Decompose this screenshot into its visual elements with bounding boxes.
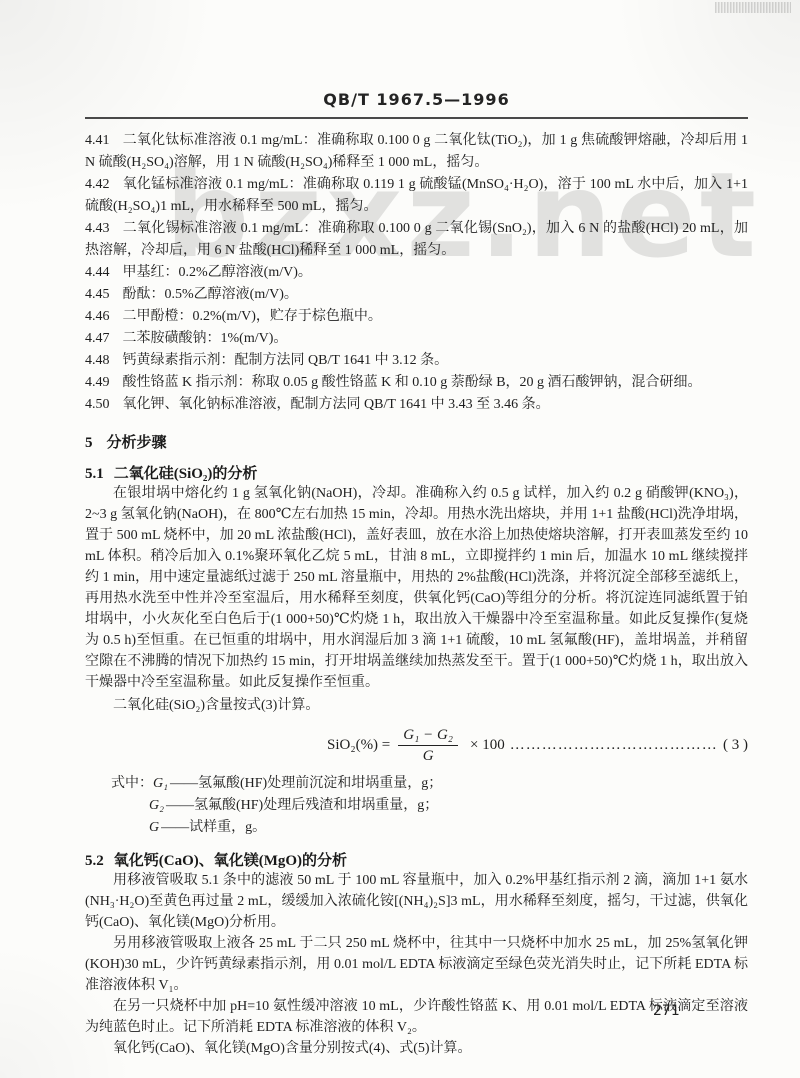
term-description: ——氢氟酸(HF)处理前沉淀和坩埚重量，g； [170,776,442,791]
section-5-heading: 5分析步骤 [85,431,748,452]
item-number: 4.42 [85,177,123,192]
silica-analysis-paragraph: 在银坩埚中熔化约 1 g 氢氧化钠(NaOH)，冷却。准确称入约 0.5 g 试… [85,483,748,693]
reagent-item: 4.46二甲酚橙：0.2%(m/V)，贮存于棕色瓶中。 [85,306,748,328]
item-text: 酸性铬蓝 K 指示剂：称取 0.05 g 酸性铬蓝 K 和 0.10 g 萘酚绿… [123,375,702,390]
reagent-item: 4.42氧化锰标准溶液 0.1 mg/mL：准确称取 0.119 1 g 硫酸锰… [85,174,748,218]
reagent-item: 4.50氧化钾、氧化钠标准溶液，配制方法同 QB/T 1641 中 3.43 至… [85,394,748,416]
where-clause: 式中：G₁——氢氟酸(HF)处理前沉淀和坩埚重量，g； G₂——氢氟酸(HF)处… [85,773,748,839]
reagent-item: 4.44甲基红：0.2%乙醇溶液(m/V)。 [85,262,748,284]
cao-mgo-paragraph-1: 用移液管吸取 5.1 条中的滤液 50 mL 于 100 mL 容量瓶中，加入 … [85,870,748,933]
scanned-standard-page: bzxz.net QB/T 1967.5—1996 4.41二氧化钛标准溶液 0… [0,0,800,1078]
equation-number: ( 3 ) [723,737,748,754]
silica-formula-intro: 二氧化硅(SiO₂)含量按式(3)计算。 [85,695,748,716]
cao-mgo-paragraph-2: 另用移液管吸取上液各 25 mL 于二只 250 mL 烧杯中，往其中一只烧杯中… [85,933,748,996]
equation-3: SiO₂(%) = G₁ − G₂ G × 100 ……………………………………… [85,726,748,765]
cao-mgo-paragraph-4: 氧化钙(CaO)、氧化镁(MgO)含量分别按式(4)、式(5)计算。 [85,1038,748,1059]
item-number: 4.50 [85,397,123,412]
item-number: 4.45 [85,287,123,302]
fraction-numerator: G₁ − G₂ [398,726,458,746]
item-number: 4.44 [85,265,123,280]
item-number: 4.46 [85,309,123,324]
reagent-item: 4.43二氧化锡标准溶液 0.1 mg/mL：准确称取 0.100 0 g 二氧… [85,218,748,262]
reagent-list: 4.41二氧化钛标准溶液 0.1 mg/mL：准确称取 0.100 0 g 二氧… [85,130,748,416]
item-number: 4.43 [85,221,123,236]
equation-dot-leader: ……………………………………………………………… [510,737,718,754]
term-description: ——试样重，g。 [161,820,266,835]
reagent-item: 4.48钙黄绿素指示剂：配制方法同 QB/T 1641 中 3.12 条。 [85,350,748,372]
where-term: 式中：G₁——氢氟酸(HF)处理前沉淀和坩埚重量，g； [85,773,748,795]
item-number: 4.48 [85,353,123,368]
term-symbol: G [149,820,161,835]
header-rule [85,117,748,119]
item-text: 二氧化钛标准溶液 0.1 mg/mL：准确称取 0.100 0 g 二氧化钛(T… [85,133,748,170]
item-text: 二甲酚橙：0.2%(m/V)，贮存于棕色瓶中。 [123,309,382,324]
where-term: G₂——氢氟酸(HF)处理后残渣和坩埚重量，g； [85,795,748,817]
subsection-number: 5.2 [85,853,114,869]
item-text: 钙黄绿素指示剂：配制方法同 QB/T 1641 中 3.12 条。 [123,353,449,368]
cao-mgo-paragraph-3: 在另一只烧杯中加 pH=10 氨性缓冲溶液 10 mL，少许酸性铬蓝 K、用 0… [85,996,748,1038]
equation-multiplier: × 100 [470,737,505,754]
term-symbol: G₁ [153,776,170,791]
subsection-title: 氧化钙(CaO)、氧化镁(MgO)的分析 [114,853,347,869]
term-description: ——氢氟酸(HF)处理后残渣和坩埚重量，g； [166,798,438,813]
fraction-denominator: G [398,746,458,765]
item-number: 4.41 [85,133,123,148]
item-text: 氧化锰标准溶液 0.1 mg/mL：准确称取 0.119 1 g 硫酸锰(MnS… [85,177,748,214]
subsection-title: 二氧化硅(SiO₂)的分析 [114,466,258,482]
reagent-item: 4.41二氧化钛标准溶液 0.1 mg/mL：准确称取 0.100 0 g 二氧… [85,130,748,174]
item-text: 二氧化锡标准溶液 0.1 mg/mL：准确称取 0.100 0 g 二氧化锡(S… [85,221,748,258]
section-5-2-heading: 5.2氧化钙(CaO)、氧化镁(MgO)的分析 [85,849,748,870]
term-symbol: G₂ [149,798,166,813]
subsection-number: 5.1 [85,466,114,482]
section-5-1-heading: 5.1二氧化硅(SiO₂)的分析 [85,462,748,483]
where-label: 式中： [111,776,153,791]
item-text: 氧化钾、氧化钠标准溶液，配制方法同 QB/T 1641 中 3.43 至 3.4… [123,397,550,412]
standard-number-header: QB/T 1967.5—1996 [85,0,748,109]
item-text: 酚酞：0.5%乙醇溶液(m/V)。 [123,287,298,302]
reagent-item: 4.45酚酞：0.5%乙醇溶液(m/V)。 [85,284,748,306]
item-text: 甲基红：0.2%乙醇溶液(m/V)。 [123,265,312,280]
reagent-item: 4.49酸性铬蓝 K 指示剂：称取 0.05 g 酸性铬蓝 K 和 0.10 g… [85,372,748,394]
where-term: G——试样重，g。 [85,817,748,839]
equation-fraction: G₁ − G₂ G [398,726,458,765]
item-text: 二苯胺磺酸钠：1%(m/V)。 [123,331,288,346]
equation-lhs: SiO₂(%) = [327,737,390,754]
reagent-item: 4.47二苯胺磺酸钠：1%(m/V)。 [85,328,748,350]
item-number: 4.49 [85,375,123,390]
section-title: 分析步骤 [107,435,167,451]
page-content: QB/T 1967.5—1996 4.41二氧化钛标准溶液 0.1 mg/mL：… [0,0,800,1059]
section-number: 5 [85,435,107,451]
page-number: 271 [653,1003,680,1019]
item-number: 4.47 [85,331,123,346]
